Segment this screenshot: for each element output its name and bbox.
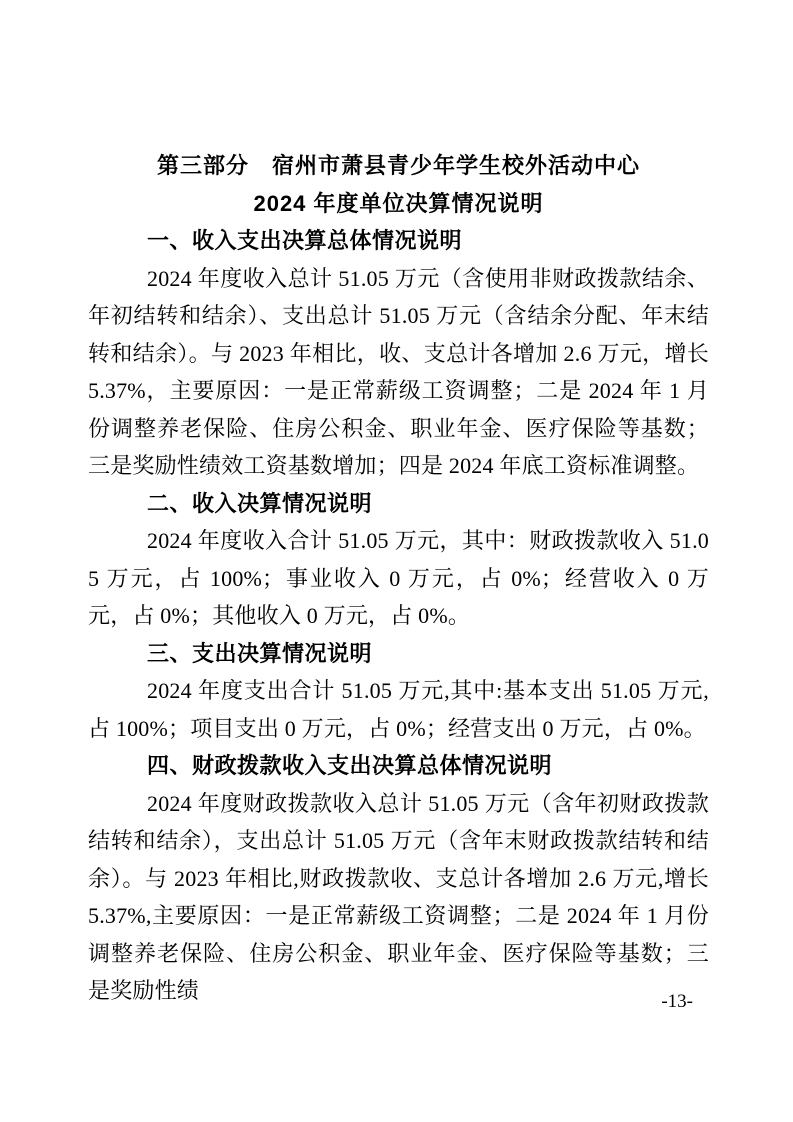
section-paragraph-expenditure-details: 2024 年度支出合计 51.05 万元,其中:基本支出 51.05 万元,占 … [88, 672, 709, 747]
section-heading-fiscal-appropriation-overview: 四、财政拨款收入支出决算总体情况说明 [88, 747, 709, 785]
section-heading-income-details: 二、收入决算情况说明 [88, 485, 709, 523]
section-paragraph-income-expenditure-overview: 2024 年度收入总计 51.05 万元（含使用非财政拨款结余、年初结转和结余）… [88, 260, 709, 485]
section-heading-expenditure-details: 三、支出决算情况说明 [88, 635, 709, 673]
section-paragraph-fiscal-appropriation-overview: 2024 年度财政拨款收入总计 51.05 万元（含年初财政拨款结转和结余），支… [88, 785, 709, 1010]
document-content: 第三部分 宿州市萧县青少年学生校外活动中心 2024 年度单位决算情况说明 一、… [88, 147, 709, 1010]
document-title-part: 第三部分 宿州市萧县青少年学生校外活动中心 [88, 147, 709, 185]
page-number: -13- [661, 991, 693, 1013]
section-paragraph-income-details: 2024 年度收入合计 51.05 万元，其中：财政拨款收入 51.05 万元，… [88, 522, 709, 635]
document-title-year: 2024 年度单位决算情况说明 [88, 185, 709, 223]
document-page: 第三部分 宿州市萧县青少年学生校外活动中心 2024 年度单位决算情况说明 一、… [0, 0, 793, 1122]
section-heading-income-expenditure-overview: 一、收入支出决算总体情况说明 [88, 222, 709, 260]
